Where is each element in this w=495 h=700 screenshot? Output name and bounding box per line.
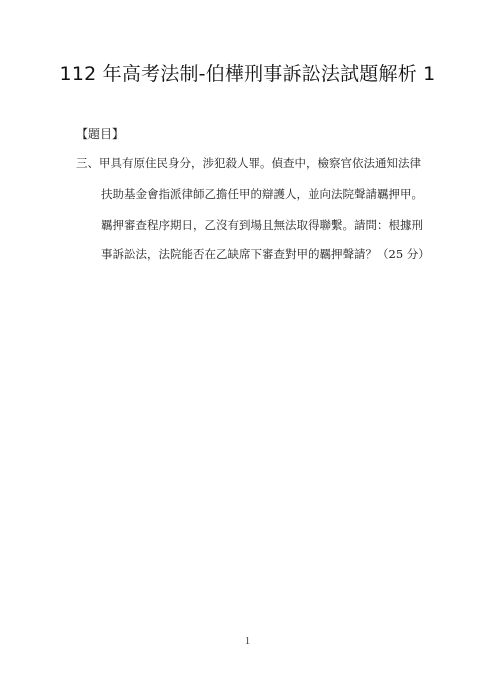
question-line: 三、甲具有原住民身分，涉犯殺人罪。偵查中，檢察官依法通知法律 bbox=[76, 155, 421, 171]
question-line: 羈押審查程序期日，乙沒有到場且無法取得聯繫。請問：根據刑 bbox=[101, 217, 423, 233]
section-label-question: 【題目】 bbox=[76, 126, 124, 142]
document-page: 112 年高考法制-伯樺刑事訴訟法試題解析 1 【題目】 三、甲具有原住民身分，… bbox=[0, 0, 495, 700]
question-line: 事訴訟法，法院能否在乙缺席下審查對甲的羈押聲請？（25 分） bbox=[101, 246, 430, 262]
document-title: 112 年高考法制-伯樺刑事訴訟法試題解析 1 bbox=[0, 62, 495, 86]
page-number: 1 bbox=[0, 635, 495, 649]
question-line: 扶助基金會指派律師乙擔任甲的辯護人，並向法院聲請羈押甲。 bbox=[101, 186, 423, 202]
